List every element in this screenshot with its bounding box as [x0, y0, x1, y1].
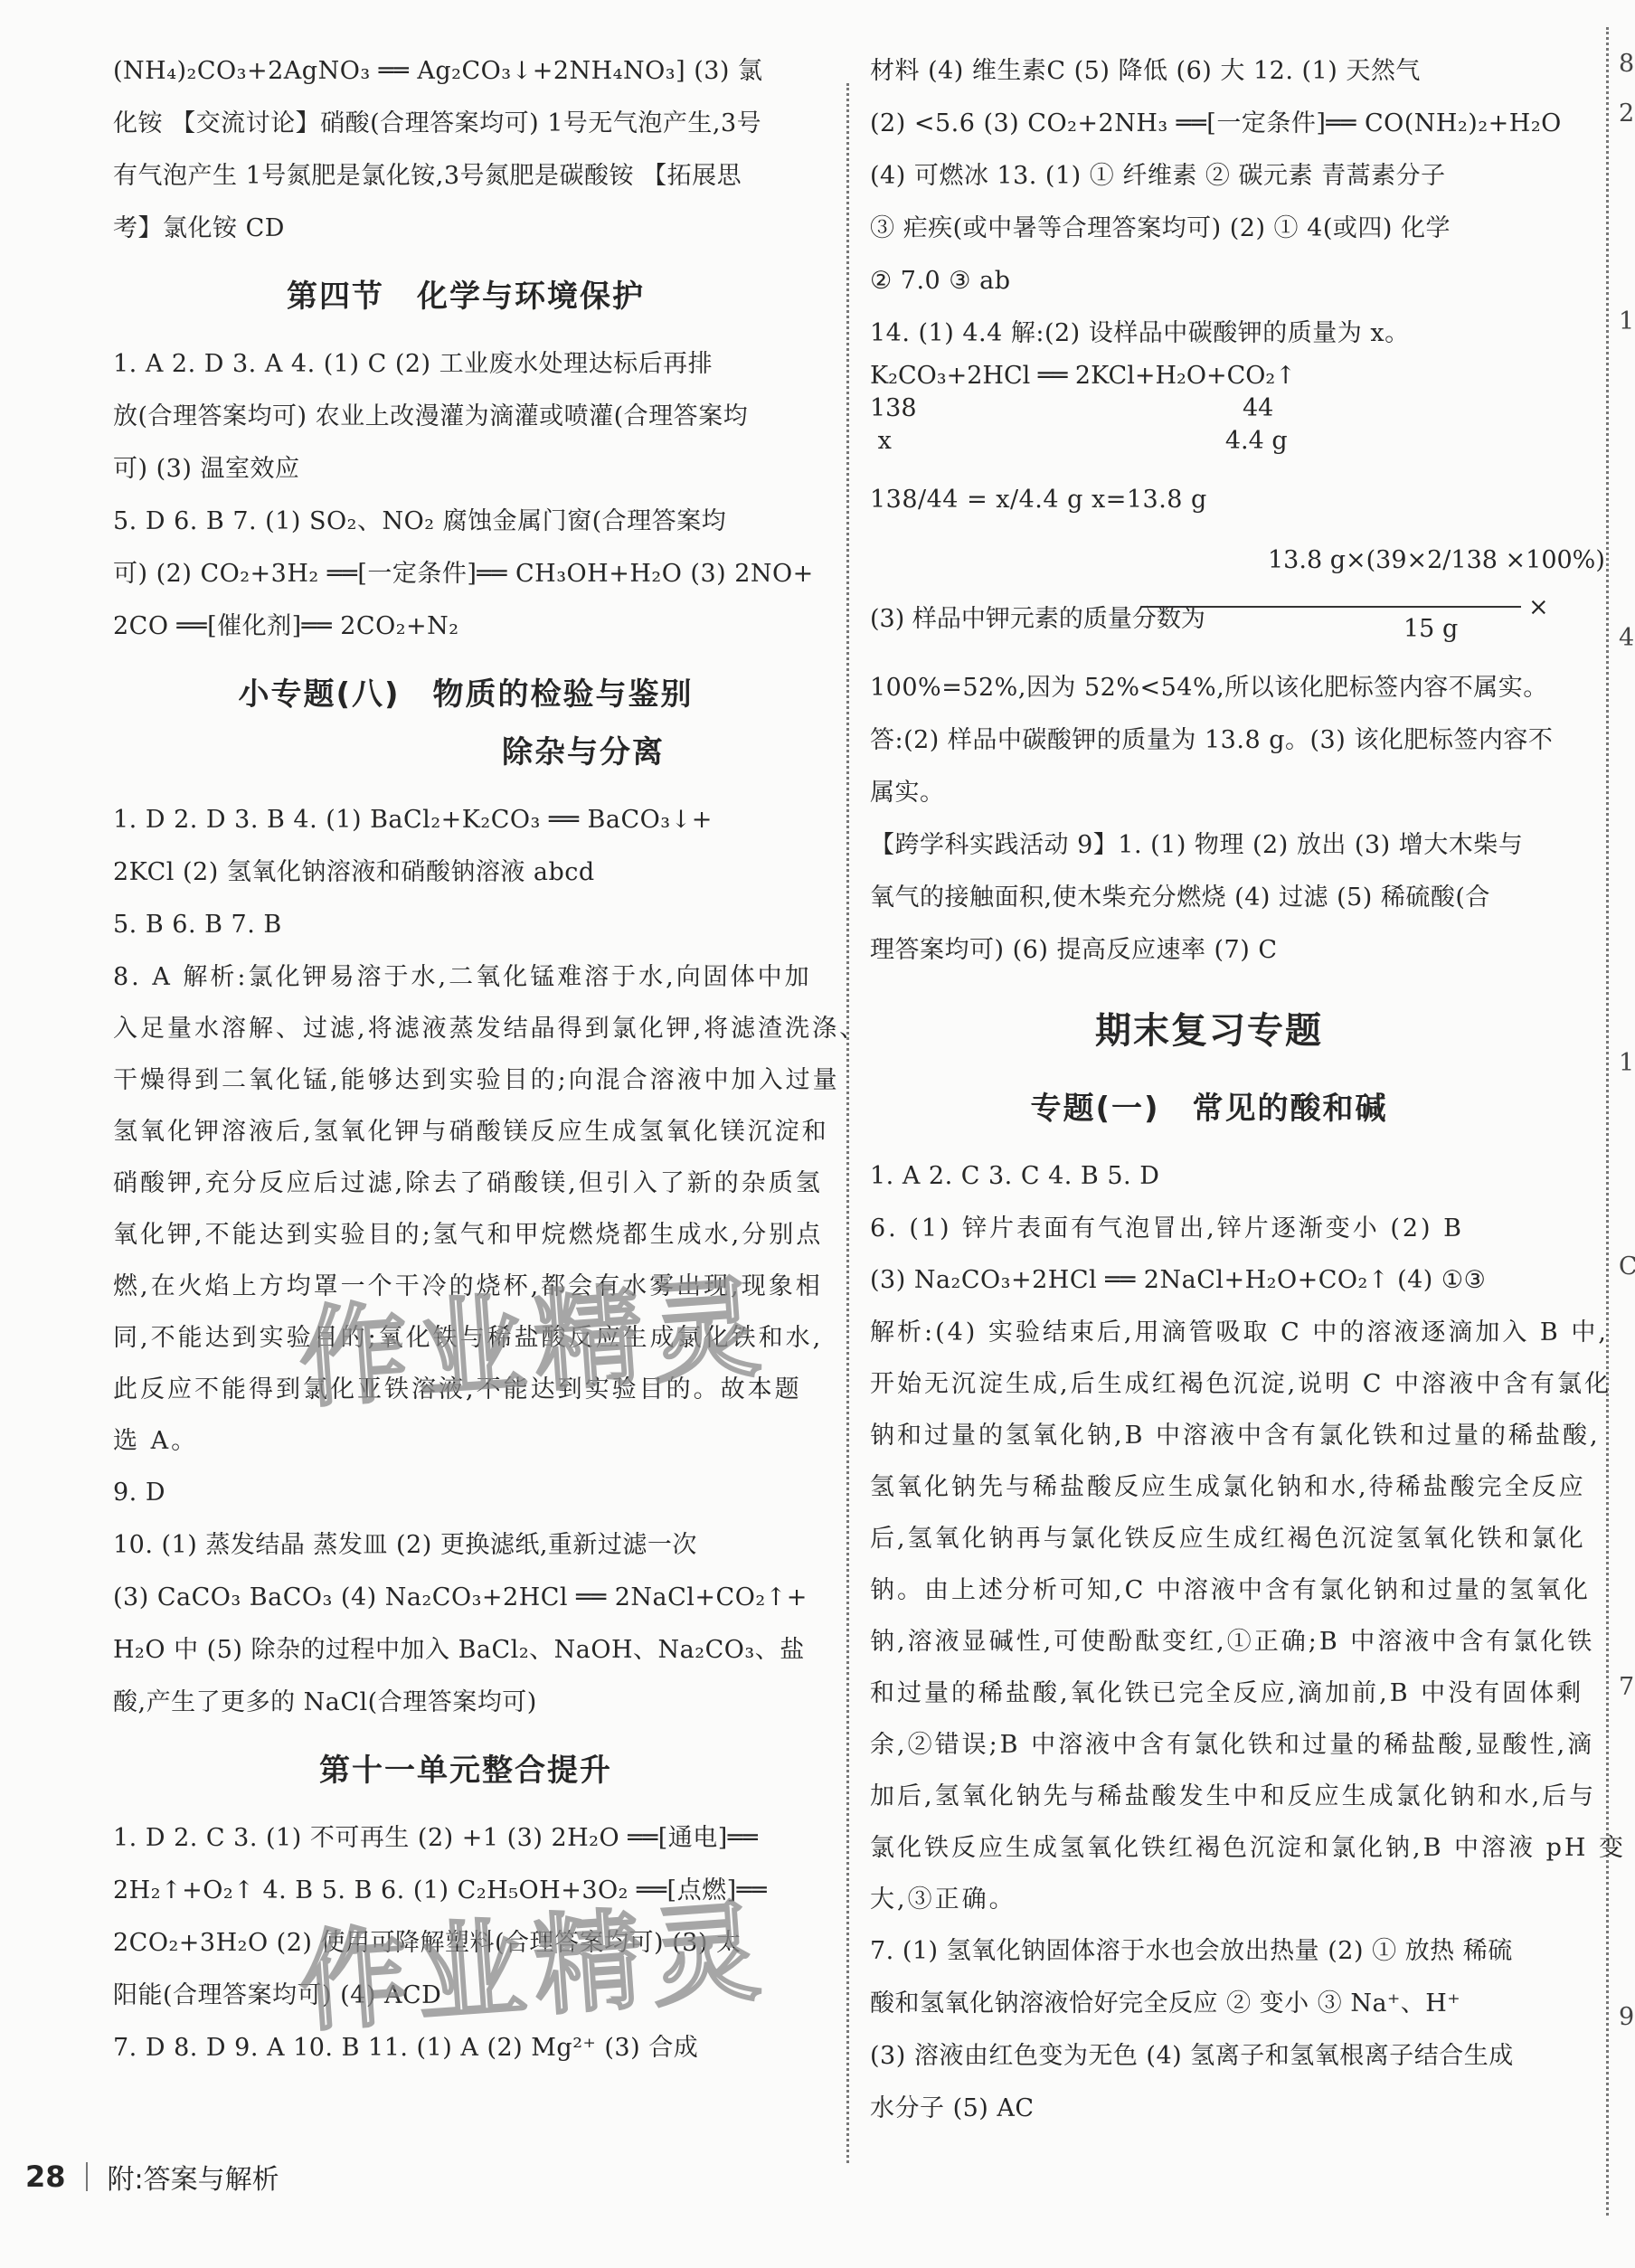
analysis-line: 入足量水溶解、过滤,将滤液蒸发结晶得到氯化钾,将滤渣洗涤、 — [113, 1003, 818, 1054]
analysis-line: 余,②错误;B 中溶液中含有氯化铁和过量的稀盐酸,显酸性,滴 — [870, 1719, 1548, 1771]
page-footer: 28 附:答案与解析 — [25, 2157, 279, 2197]
analysis-line: 此反应不能得到氯化亚铁溶液,不能达到实验目的。故本题 — [113, 1364, 818, 1415]
edge-fragment: 2 — [1619, 99, 1634, 128]
ratio-row: x 4.4 g — [870, 425, 1548, 458]
analysis-line: 钠。由上述分析可知,C 中溶液中含有氯化钠和过量的氢氧化 — [870, 1564, 1548, 1616]
answer-line: 1. A 2. D 3. A 4. (1) C (2) 工业废水处理达标后再排 — [113, 338, 818, 391]
column-divider — [846, 83, 849, 2163]
section-heading: 第四节 化学与环境保护 — [113, 268, 818, 326]
edge-fragment: 1 — [1619, 1049, 1634, 1077]
answer-line: ② 7.0 ③ ab — [870, 255, 1548, 307]
formula-label: (3) 样品中钾元素的质量分数为 — [870, 599, 1205, 634]
times-sign: × — [1528, 593, 1549, 621]
chemical-equation: K₂CO₃+2HCl ══ 2KCl+H₂O+CO₂↑ — [870, 360, 1548, 392]
analysis-line: 燃,在火焰上方均罩一个干冷的烧杯,都会有水雾出现,现象相 — [113, 1261, 818, 1312]
analysis-line: 氯化铁反应生成氢氧化铁红褐色沉淀和氯化钠,B 中溶液 pH 变 — [870, 1822, 1548, 1874]
answer-line: 5. B 6. B 7. B — [113, 899, 818, 951]
analysis-line: 氢氧化钾溶液后,氢氧化钾与硝酸镁反应生成氢氧化镁沉淀和 — [113, 1106, 818, 1158]
answer-line: 9. D — [113, 1467, 818, 1519]
footer-title: 附:答案与解析 — [108, 2157, 279, 2197]
answer-line: H₂O 中 (5) 除杂的过程中加入 BaCl₂、NaOH、Na₂CO₃、盐 — [113, 1624, 818, 1677]
edge-fragment: 1 — [1619, 307, 1634, 335]
special-topic-answers: 1. D 2. D 3. B 4. (1) BaCl₂+K₂CO₃ ══ BaC… — [113, 794, 818, 1729]
answer-line: 放(合理答案均可) 农业上改漫灌为滴灌或喷灌(合理答案均 — [113, 391, 818, 443]
answer-line: 材料 (4) 维生素C (5) 降低 (6) 大 12. (1) 天然气 — [870, 45, 1548, 98]
answer-line: 阳能(合理答案均可) (4) ACD — [113, 1970, 818, 2022]
unit-heading: 第十一单元整合提升 — [113, 1742, 818, 1800]
answer-line: 酸,产生了更多的 NaCl(合理答案均可) — [113, 1677, 818, 1729]
answer-line: (3) 溶液由红色变为无色 (4) 氢离子和氢氧根离子结合生成 — [870, 2030, 1548, 2083]
answer-line: 酸和氢氧化钠溶液恰好完全反应 ② 变小 ③ Na⁺、H⁺ — [870, 1978, 1548, 2030]
answer-line: 10. (1) 蒸发结晶 蒸发皿 (2) 更换滤纸,重新过滤一次 — [113, 1519, 818, 1572]
answer-line: 7. (1) 氢氧化钠固体溶于水也会放出热量 (2) ① 放热 稀硫 — [870, 1925, 1548, 1978]
analysis-line: 8. A 解析:氯化钾易溶于水,二氧化锰难溶于水,向固体中加 — [113, 951, 818, 1003]
section-4-answers: 1. A 2. D 3. A 4. (1) C (2) 工业废水处理达标后再排 … — [113, 338, 818, 653]
fraction-numerator: 13.8 g×(39×2/138 ×100%) — [1268, 546, 1605, 574]
edge-fragment: 4 — [1619, 624, 1634, 652]
answer-line: (3) CaCO₃ BaCO₃ (4) Na₂CO₃+2HCl ══ 2NaCl… — [113, 1572, 818, 1624]
analysis-line: 同,不能达到实验目的;氧化铁与稀盐酸反应生成氯化铁和水, — [113, 1312, 818, 1364]
final-review-heading: 期末复习专题 — [870, 995, 1548, 1067]
answer-line: (4) 可燃冰 13. (1) ① 纤维素 ② 碳元素 青蒿素分子 — [870, 150, 1548, 203]
answer-line: ③ 疟疾(或中暑等合理答案均可) (2) ① 4(或四) 化学 — [870, 203, 1548, 255]
fraction-denominator: 15 g — [1403, 615, 1458, 643]
analysis-line: 大,③正确。 — [870, 1874, 1548, 1925]
analysis-line: 钠,溶液显碱性,可使酚酞变红,①正确;B 中溶液中含有氯化铁 — [870, 1616, 1548, 1668]
answer-line: 1. D 2. C 3. (1) 不可再生 (2) +1 (3) 2H₂O ══… — [113, 1812, 818, 1865]
question-14: 14. (1) 4.4 解:(2) 设样品中碳酸钾的质量为 x。 K₂CO₃+2… — [870, 307, 1548, 819]
unit-11-answers: 1. D 2. C 3. (1) 不可再生 (2) +1 (3) 2H₂O ══… — [113, 1812, 818, 2074]
answer-line: 5. D 6. B 7. (1) SO₂、NO₂ 腐蚀金属门窗(合理答案均 — [113, 496, 818, 548]
text-line: 有气泡产生 1号氮肥是氯化铵,3号氮肥是碳酸铵 【拓展思 — [113, 150, 818, 203]
intro-block: (NH₄)₂CO₃+2AgNO₃ ══ Ag₂CO₃↓+2NH₄NO₃] (3)… — [113, 45, 818, 255]
page-edge-divider — [1606, 27, 1609, 2216]
answer-line: (2) <5.6 (3) CO₂+2NH₃ ══[一定条件]══ CO(NH₂)… — [870, 98, 1548, 150]
analysis-line: 钠和过量的氢氧化钠,B 中溶液中含有氯化铁和过量的稀盐酸, — [870, 1410, 1548, 1461]
right-column: 材料 (4) 维生素C (5) 降低 (6) 大 12. (1) 天然气 (2)… — [870, 45, 1548, 2135]
analysis-line: 加后,氢氧化钠先与稀盐酸发生中和反应生成氯化钠和水,后与 — [870, 1771, 1548, 1822]
answer-line: 2KCl (2) 氢氧化钠溶液和硝酸钠溶液 abcd — [113, 846, 818, 899]
answer-line: 1. A 2. C 3. C 4. B 5. D — [870, 1150, 1548, 1203]
text-line: 化铵 【交流讨论】硝酸(合理答案均可) 1号无气泡产生,3号 — [113, 98, 818, 150]
heading-line: 除杂与分离 — [113, 723, 818, 781]
fraction-bar — [1141, 606, 1521, 608]
answer-line: (3) Na₂CO₃+2HCl ══ 2NaCl+H₂O+CO₂↑ (4) ①③ — [870, 1254, 1548, 1307]
answer-line: 7. D 8. D 9. A 10. B 11. (1) A (2) Mg²⁺ … — [113, 2022, 818, 2074]
analysis-line: 解析:(4) 实验结束后,用滴管吸取 C 中的溶液逐滴加入 B 中, — [870, 1307, 1548, 1358]
analysis-line: 氧化钾,不能达到实验目的;氢气和甲烷燃烧都生成水,分别点 — [113, 1209, 818, 1261]
answer-line: 可) (3) 温室效应 — [113, 443, 818, 496]
analysis-line: 硝酸钾,充分反应后过滤,除去了硝酸镁,但引入了新的杂质氢 — [113, 1158, 818, 1209]
answer-line: 氧气的接触面积,使木柴充分燃烧 (4) 过滤 (5) 稀硫酸(合 — [870, 872, 1548, 924]
answer-line: 1. D 2. D 3. B 4. (1) BaCl₂+K₂CO₃ ══ BaC… — [113, 794, 818, 846]
answer-line: 100%=52%,因为 52%<54%,所以该化肥标签内容不属实。 — [870, 662, 1548, 714]
text-line: (NH₄)₂CO₃+2AgNO₃ ══ Ag₂CO₃↓+2NH₄NO₃] (3)… — [113, 45, 818, 98]
answer-line: 理答案均可) (6) 提高反应速率 (7) C — [870, 924, 1548, 977]
analysis-line: 氢氧化钠先与稀盐酸反应生成氯化钠和水,待稀盐酸完全反应 — [870, 1461, 1548, 1513]
answer-line: 可) (2) CO₂+3H₂ ══[一定条件]══ CH₃OH+H₂O (3) … — [113, 548, 818, 600]
answer-line: 2CO ══[催化剂]══ 2CO₂+N₂ — [113, 600, 818, 653]
answer-line: 【跨学科实践活动 9】1. (1) 物理 (2) 放出 (3) 增大木柴与 — [870, 819, 1548, 872]
topic-1-answers: 1. A 2. C 3. C 4. B 5. D 6. (1) 锌片表面有气泡冒… — [870, 1150, 1548, 2135]
edge-fragment: C — [1619, 1252, 1635, 1280]
special-topic-heading: 小专题(八) 物质的检验与鉴别 除杂与分离 — [113, 666, 818, 781]
continued-answers: 材料 (4) 维生素C (5) 降低 (6) 大 12. (1) 天然气 (2)… — [870, 45, 1548, 307]
answer-line: 14. (1) 4.4 解:(2) 设样品中碳酸钾的质量为 x。 — [870, 307, 1548, 360]
analysis-line: 后,氢氧化钠再与氯化铁反应生成红褐色沉淀氢氧化铁和氯化 — [870, 1513, 1548, 1564]
edge-fragment: 9 — [1619, 2003, 1634, 2031]
analysis-line: 开始无沉淀生成,后生成红褐色沉淀,说明 C 中溶液中含有氯化 — [870, 1358, 1548, 1410]
analysis-line: 选 A。 — [113, 1415, 818, 1467]
answer-line: 2H₂↑+O₂↑ 4. B 5. B 6. (1) C₂H₅OH+3O₂ ══[… — [113, 1865, 818, 1917]
answer-line: 6. (1) 锌片表面有气泡冒出,锌片逐渐变小 (2) B — [870, 1203, 1548, 1254]
heading-line: 小专题(八) 物质的检验与鉴别 — [113, 666, 818, 723]
answer-line: 属实。 — [870, 767, 1548, 819]
edge-fragment: 7 — [1619, 1673, 1634, 1701]
analysis-line: 和过量的稀盐酸,氧化铁已完全反应,滴加前,B 中没有固体剩 — [870, 1668, 1548, 1719]
practice-activity: 【跨学科实践活动 9】1. (1) 物理 (2) 放出 (3) 增大木柴与 氧气… — [870, 819, 1548, 977]
left-column: (NH₄)₂CO₃+2AgNO₃ ══ Ag₂CO₃↓+2NH₄NO₃] (3)… — [113, 45, 818, 2074]
proportion-equation: 138/44 = x/4.4 g x=13.8 g — [870, 474, 1548, 526]
answer-line: 2CO₂+3H₂O (2) 使用可降解塑料(合理答案均可) (3) 太 — [113, 1917, 818, 1970]
topic-heading: 专题(一) 常见的酸和碱 — [870, 1080, 1548, 1138]
answer-line: 水分子 (5) AC — [870, 2083, 1548, 2135]
ratio-row: 138 44 — [870, 392, 1548, 425]
page-number: 28 — [25, 2159, 66, 2194]
footer-separator — [86, 2162, 88, 2191]
edge-fragment: 8 — [1619, 50, 1634, 78]
text-line: 考】氯化铵 CD — [113, 203, 818, 255]
answer-line: 答:(2) 样品中碳酸钾的质量为 13.8 g。(3) 该化肥标签内容不 — [870, 714, 1548, 767]
mass-fraction-formula: (3) 样品中钾元素的质量分数为 13.8 g×(39×2/138 ×100%)… — [870, 526, 1548, 662]
analysis-line: 干燥得到二氧化锰,能够达到实验目的;向混合溶液中加入过量 — [113, 1054, 818, 1106]
